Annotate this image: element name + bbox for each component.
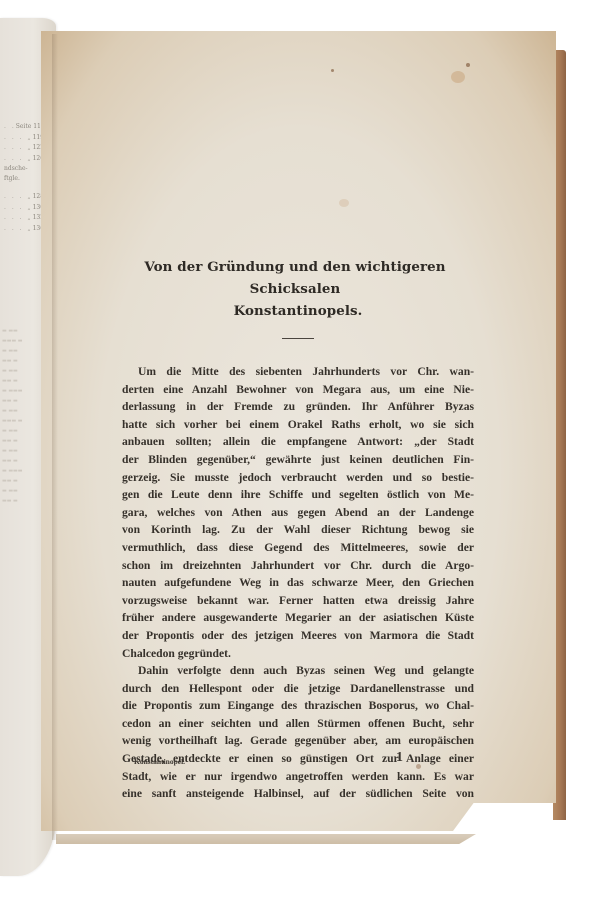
toc-row: . . . „130 [4,203,40,214]
foxing-spot [451,71,465,83]
foxing-spot [339,199,349,207]
text-line: Stadt, wie er nur irgendwo angetroffen w… [122,768,474,786]
text-line: anbauen sollten; allein die empfangene A… [122,433,474,451]
text-line: vorzugsweise bekannt war. Ferner hatten … [122,592,474,610]
chapter: Von der Gründung und den wichtigeren Sch… [122,256,474,803]
text-line: wenig vortheilhaft lag. Gerade gegenüber… [122,732,474,750]
text-line: gara, welches von Athen aus gegen Abend … [122,504,474,522]
toc-row: . . . „128 [4,192,40,203]
paragraph-1: Um die Mitte des siebenten Jahrhunderts … [122,363,474,662]
chapter-title-line-1: Von der Gründung und den wichtigeren Sch… [116,256,474,300]
table-of-contents-fragment: . .Seite 118 . . . „119 . . . „122 . . .… [4,122,40,234]
chapter-title-line-2: Konstantinopels. [234,303,363,319]
text-line: früher andere ausgewanderte Megarier an … [122,609,474,627]
text-line: durch den Hellespont oder die jetzige Da… [122,680,474,698]
text-line: Um die Mitte des siebenten Jahrhunderts … [122,363,474,381]
text-line: der Propontis oder des jetzigen Meeres v… [122,627,474,645]
toc-row: . . . „119 [4,133,40,144]
text-line: cedon an einer seichten und allen Stürme… [122,715,474,733]
toc-fragment: ndsche- [4,164,40,174]
spine-shadow [52,34,58,840]
show-through-text: ▬ ▬▬▬▬▬ ▬▬ ▬▬▬▬ ▬▬ ▬▬▬▬ ▬▬ ▬▬▬▬▬ ▬▬ ▬▬▬▬… [2,326,40,506]
text-line: gen die Leute denn ihre Schiffe und sege… [122,486,474,504]
signature-mark: Konstantinopel. [134,757,185,766]
text-line: derlassung in der Fremde zu gründen. Ihr… [122,398,474,416]
text-line: derten eine Anzahl Bewohner von Megara a… [122,381,474,399]
text-line: nauten aufgefundene Weg in das schwarze … [122,574,474,592]
toc-row: . . . „132 [4,213,40,224]
text-line: von Korinth lag. Zu der Wahl dieser Rich… [122,521,474,539]
foxing-spot [331,69,334,72]
text-line: der Blinden gegenüber,“ gewährte just ke… [122,451,474,469]
text-line: gerzeig. Sie musste jedoch verbraucht we… [122,469,474,487]
toc-row: . .Seite 118 [4,122,40,133]
sheet-number: 1 [396,750,403,766]
toc-row: . . . „126 [4,154,40,165]
text-line: hatte sich vorher bei einem Orakel Raths… [122,416,474,434]
text-line: vermuthlich, dass diese Gegend des Mitte… [122,539,474,557]
page-bottom-edge [56,834,476,844]
text-line: eine sanft ansteigende Halbinsel, auf de… [122,785,474,803]
text-line: die Propontis zum Eingange des thrazisch… [122,697,474,715]
toc-row: . . . „136 [4,224,40,235]
toc-row: . . . „122 [4,143,40,154]
toc-fragment: ftgle. [4,174,40,184]
chapter-body: Um die Mitte des siebenten Jahrhunderts … [122,363,474,803]
foxing-spot [466,63,470,67]
text-line: Chalcedon gegründet. [122,645,474,663]
chapter-title: Von der Gründung und den wichtigeren Sch… [122,256,474,322]
toc-label: Seite [16,123,32,130]
paragraph-2: Dahin verfolgte denn auch Byzas seinen W… [122,662,474,803]
text-line: Dahin verfolgte denn auch Byzas seinen W… [122,662,474,680]
title-rule [282,338,314,339]
text-line: schon im dreizehnten Jahrhundert vor Chr… [122,557,474,575]
